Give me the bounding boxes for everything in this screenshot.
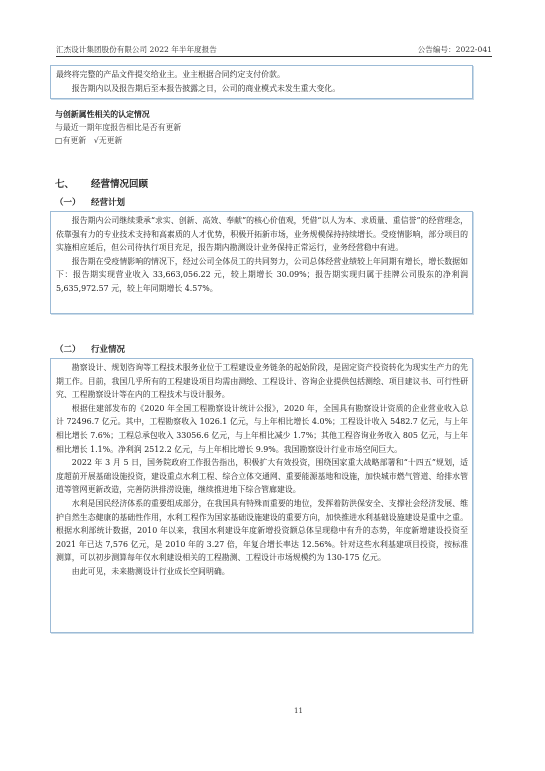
operating-plan-paragraph: 报告期在受疫情影响的情况下，经过公司全体员工的共同努力，公司总体经营业绩较上年同… bbox=[56, 255, 468, 296]
business-model-line-2: 报告期内以及报告期后至本报告披露之日，公司的商业模式未发生重大变化。 bbox=[56, 82, 468, 96]
industry-paragraph: 由此可见，未来勘测设计行业成长空间明确。 bbox=[56, 565, 468, 579]
operating-plan-box: 报告期内公司继续秉承“求实、创新、高效、奉献”的核心价值观，凭借“以人为本、求质… bbox=[50, 211, 473, 314]
subsection-2-number: （二） bbox=[55, 343, 91, 355]
innovation-question: 与最近一期年度报告相比是否有更新 bbox=[55, 121, 181, 134]
industry-paragraph: 勘察设计、规划咨询等工程技术服务业位于工程建设业务链条的起始阶段，是固定资产投资… bbox=[56, 361, 468, 402]
no-update-label: 无更新 bbox=[99, 136, 123, 145]
industry-situation-box: 勘察设计、规划咨询等工程技术服务业位于工程建设业务链条的起始阶段，是固定资产投资… bbox=[50, 358, 473, 633]
subsection-1-heading: （一）经营计划 bbox=[55, 196, 125, 208]
page-header: 汇杰设计集团股份有限公司 2022 年半年度报告 公告编号：2022-041 bbox=[56, 44, 492, 57]
industry-paragraph: 水利是国民经济体系的重要组成部分，在我国具有特殊而重要的地位，发挥着防洪保安全、… bbox=[56, 497, 468, 565]
has-update-label: 有更新 bbox=[62, 136, 86, 145]
section-7-number: 七、 bbox=[55, 176, 91, 190]
checkbox-has-update[interactable]: □有更新 bbox=[55, 136, 86, 145]
business-model-box: 最终将完整的产品文件提交给业主。业主根据合同约定支付价款。 报告期内以及报告期后… bbox=[50, 65, 473, 99]
checkbox-no-update[interactable]: √无更新 bbox=[94, 136, 123, 145]
announcement-number: 公告编号：2022-041 bbox=[418, 45, 492, 55]
subsection-2-title: 行业情况 bbox=[91, 345, 125, 355]
innovation-title: 与创新属性相关的认定情况 bbox=[55, 108, 150, 121]
section-7-heading: 七、经营情况回顾 bbox=[55, 176, 148, 190]
report-title: 汇杰设计集团股份有限公司 2022 年半年度报告 bbox=[56, 45, 217, 55]
subsection-1-number: （一） bbox=[55, 196, 91, 208]
subsection-1-title: 经营计划 bbox=[91, 198, 125, 208]
operating-plan-paragraph: 报告期内公司继续秉承“求实、创新、高效、奉献”的核心价值观，凭借“以人为本、求质… bbox=[56, 214, 468, 255]
business-model-line-1: 最终将完整的产品文件提交给业主。业主根据合同约定支付价款。 bbox=[56, 68, 468, 82]
page-number: 11 bbox=[294, 707, 303, 715]
subsection-2-heading: （二）行业情况 bbox=[55, 343, 125, 355]
section-7-title: 经营情况回顾 bbox=[91, 179, 148, 190]
industry-paragraph: 2022 年 3 月 5 日，国务院政府工作报告指出，积极扩大有效投资，围绕国家… bbox=[56, 456, 468, 497]
innovation-options: □有更新 √无更新 bbox=[55, 134, 122, 147]
industry-paragraph: 根据住建部发布的《2020 年全国工程勘察设计统计公报》，2020 年，全国具有… bbox=[56, 402, 468, 456]
